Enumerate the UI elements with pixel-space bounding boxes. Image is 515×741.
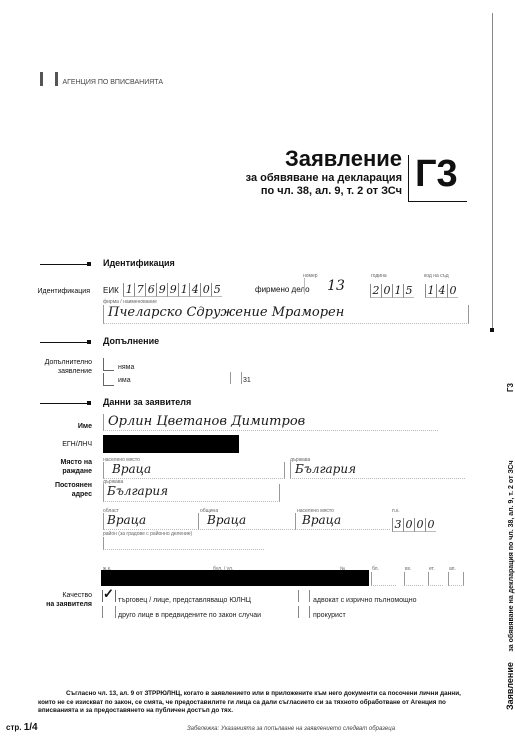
digit-cell[interactable]: 0 xyxy=(414,518,425,532)
section-identification-title: Идентификация xyxy=(103,258,175,268)
side-code: Г3 xyxy=(506,383,515,392)
case-number-field[interactable]: 13 xyxy=(304,278,367,294)
case-label: фирмено дело xyxy=(255,285,310,294)
birthplace-label-2: раждане xyxy=(20,467,92,476)
apt-field[interactable] xyxy=(448,572,464,586)
eik-field[interactable]: ЕИК 176991405 xyxy=(103,280,222,298)
address-label-1: Постоянен xyxy=(20,481,92,490)
form-subtitle-1: за обявяване на декларация xyxy=(246,172,402,184)
section-divider xyxy=(40,342,88,343)
option-merchant: търговец / лице, представляващо ЮЛНЦ xyxy=(118,597,251,604)
block-field[interactable] xyxy=(371,572,396,586)
birth-place-field[interactable]: Враца xyxy=(103,462,285,479)
page-prefix: стр. xyxy=(6,723,21,732)
postcode-label: п.к. xyxy=(392,508,400,514)
section-divider xyxy=(40,403,88,404)
side-strip-marker xyxy=(490,328,494,332)
form-title: Заявление xyxy=(285,146,402,172)
eik-cells: 176991405 xyxy=(123,280,222,297)
digit-cell[interactable]: 0 xyxy=(403,518,414,532)
option-lawyer: адвокат с изрично пълномощно xyxy=(313,597,417,604)
option-no-supplement: няма xyxy=(118,364,134,371)
footer-note: Забележка: Указанията за попълване на за… xyxy=(187,726,395,732)
option-other: друго лице в предвидените по закон случа… xyxy=(118,612,261,619)
region-field[interactable]: Враца xyxy=(103,513,197,530)
digit-cell[interactable]: 1 xyxy=(392,284,403,298)
agency-name: АГЕНЦИЯ ПО ВПИСВАНИЯТА xyxy=(62,79,163,86)
street-address-redacted xyxy=(101,570,369,586)
name-field[interactable]: Орлин Цветанов Димитров xyxy=(103,414,438,431)
municipality-field[interactable]: Враца xyxy=(198,513,295,530)
digit-cell[interactable]: 9 xyxy=(167,283,178,297)
checkmark-icon: ✓ xyxy=(103,586,114,602)
checkbox-has-supplement[interactable] xyxy=(103,373,114,386)
district-field[interactable] xyxy=(103,537,264,550)
egn-field-redacted xyxy=(103,435,239,453)
floor-field[interactable] xyxy=(428,572,443,586)
year-field[interactable]: 2015 xyxy=(370,281,414,299)
company-name-field[interactable]: Пчеларско Сдружение Мраморен xyxy=(103,305,469,324)
settlement-field[interactable]: Враца xyxy=(295,513,390,530)
form-subtitle-2: по чл. 38, ал. 9, т. 2 от ЗСч xyxy=(261,185,402,197)
digit-cell[interactable]: 4 xyxy=(189,283,200,297)
digit-cell[interactable]: 0 xyxy=(200,283,211,297)
address-label-2: адрес xyxy=(20,490,92,499)
checkbox-merchant[interactable]: ✓ xyxy=(102,590,116,602)
digit-cell[interactable]: 6 xyxy=(145,283,156,297)
digit-cell[interactable]: 5 xyxy=(211,283,222,297)
court-code-field[interactable]: 140 xyxy=(425,281,458,299)
birth-country-field[interactable]: България xyxy=(290,462,465,479)
eik-label: ЕИК xyxy=(103,286,119,295)
section-marker xyxy=(87,401,91,405)
year-label: година xyxy=(371,273,387,279)
digit-cell[interactable]: 9 xyxy=(156,283,167,297)
supplement-label-1: Допълнително xyxy=(20,358,92,367)
form-code-box: Г3 xyxy=(408,155,467,202)
digit-cell[interactable]: 7 xyxy=(134,283,145,297)
digit-cell[interactable]: 0 xyxy=(381,284,392,298)
checkbox-other[interactable] xyxy=(102,606,116,618)
digit-cell[interactable]: 4 xyxy=(436,284,447,298)
digit-cell[interactable]: 1 xyxy=(178,283,189,297)
digit-cell[interactable]: 5 xyxy=(403,284,414,298)
option-has-supplement: има xyxy=(118,377,131,384)
section-divider xyxy=(40,264,88,265)
digit-cell[interactable]: 2 xyxy=(370,284,381,298)
supplement-label-2: заявление xyxy=(20,367,92,376)
side-strip-text: Заявление за обявяване на декларация по … xyxy=(500,383,515,710)
digit-cell[interactable]: 0 xyxy=(425,518,436,532)
name-label: Име xyxy=(20,422,92,431)
address-country-field[interactable]: България xyxy=(103,484,280,502)
side-subtitle: за обявяване на декларация по чл. 38, ал… xyxy=(508,460,515,651)
checkbox-procurator[interactable] xyxy=(298,606,310,618)
privacy-notice: Съгласно чл. 13, ал. 9 от ЗТРРЮЛНЦ, кога… xyxy=(38,690,468,716)
digit-cell[interactable]: 1 xyxy=(123,283,134,297)
agency-logo: АГЕНЦИЯ ПО ВПИСВАНИЯТА xyxy=(40,68,163,86)
supplement-ref-field[interactable] xyxy=(230,372,242,384)
digit-cell[interactable]: 1 xyxy=(425,284,436,298)
section-supplement-title: Допълнение xyxy=(103,336,159,346)
capacity-label-1: Качество xyxy=(20,591,92,600)
side-strip-line xyxy=(492,13,493,331)
side-title: Заявление xyxy=(505,662,515,710)
checkbox-lawyer[interactable] xyxy=(298,590,310,602)
section-marker xyxy=(87,262,91,266)
checkbox-no-supplement[interactable] xyxy=(103,358,114,371)
supplement-ref-number: 31 xyxy=(243,377,251,384)
entrance-field[interactable] xyxy=(404,572,423,586)
digit-cell[interactable]: 0 xyxy=(447,284,458,298)
section-applicant-title: Данни за заявителя xyxy=(103,397,191,407)
page-value: 1/4 xyxy=(24,722,38,733)
page-number: стр. 1/4 xyxy=(6,722,38,733)
birthplace-label-1: Място на xyxy=(20,458,92,467)
form-code: Г3 xyxy=(415,153,458,196)
option-procurator: прокурист xyxy=(313,612,346,619)
court-label: код на съд xyxy=(424,273,449,279)
capacity-label-2: на заявителя xyxy=(20,600,92,609)
postcode-field[interactable]: 3000 xyxy=(392,515,436,533)
egn-label: ЕГН/ЛНЧ xyxy=(20,440,92,449)
identification-label: Идентификация xyxy=(20,287,90,296)
section-marker xyxy=(87,340,91,344)
logo-icon xyxy=(40,72,58,86)
digit-cell[interactable]: 3 xyxy=(392,518,403,532)
